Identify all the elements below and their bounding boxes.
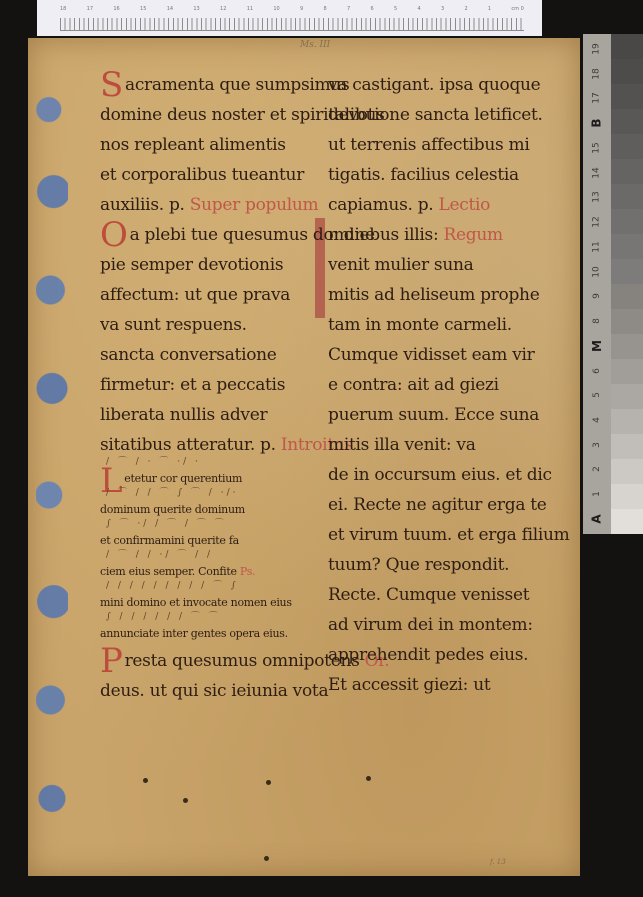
ruler-label: 14 bbox=[167, 6, 173, 16]
gray-patch bbox=[611, 484, 643, 509]
text-line: ad virum dei in montem: bbox=[328, 610, 558, 640]
scale-label: 2 bbox=[590, 467, 604, 473]
ruler-label: 11 bbox=[247, 6, 253, 16]
line-text: affectum: ut que prava bbox=[100, 285, 290, 305]
text-line: Cumque vidisset eam vir bbox=[328, 340, 558, 370]
ruler-label: 13 bbox=[193, 6, 199, 16]
shelfmark: Ms. III bbox=[300, 40, 330, 50]
line-text: mitis ad heliseum prophe bbox=[328, 285, 539, 305]
line-text: deus. ut qui sic ieiunia vota bbox=[100, 681, 328, 701]
scale-label: 18 bbox=[590, 68, 604, 79]
text-line: Sacramenta que sumpsimus bbox=[100, 70, 330, 100]
text-line: et virum tuum. et erga filium bbox=[328, 520, 558, 550]
line-text: ut terrenis affectibus mi bbox=[328, 135, 530, 155]
text-line: pie semper devotionis bbox=[100, 250, 330, 280]
neume-notation: / ⌒ / / ·/ ⌒ / / bbox=[106, 550, 213, 560]
measurement-ruler: 181716151413121110987654321cm 0 bbox=[37, 0, 542, 36]
text-line: nos repleant alimentis bbox=[100, 130, 330, 160]
rubric-inline: Ps. bbox=[237, 565, 256, 578]
scale-label: 9 bbox=[590, 293, 604, 299]
line-text: etetur cor querentium bbox=[124, 472, 242, 485]
line-text: ei. Recte ne agitur erga te bbox=[328, 495, 547, 515]
text-line: liberata nullis adver bbox=[100, 400, 330, 430]
ruler-label: 10 bbox=[273, 6, 279, 16]
neume-notation: / / / / / / / / / ⌒ ∫ bbox=[106, 581, 239, 591]
line-text: de in occursum eius. et dic bbox=[328, 465, 552, 485]
gray-patch bbox=[611, 209, 643, 234]
text-line: ut terrenis affectibus mi bbox=[328, 130, 558, 160]
blue-pigment-edge bbox=[36, 44, 68, 864]
neume-notation: / ⌒ / · ⌒ ·/ · bbox=[106, 457, 201, 467]
text-line: mitis illa venit: va bbox=[328, 430, 558, 460]
decorated-initial: O bbox=[100, 220, 128, 250]
scale-label: 8 bbox=[590, 318, 604, 324]
scale-label: 17 bbox=[590, 93, 604, 104]
line-text: Recte. Cumque venisset bbox=[328, 585, 529, 605]
rubric: Lectio bbox=[433, 195, 490, 215]
ruler-label: 18 bbox=[60, 6, 66, 16]
gray-patch bbox=[611, 284, 643, 309]
text-line: venit mulier suna bbox=[328, 250, 558, 280]
left-text-column: Sacramenta que sumpsimusdomine deus nost… bbox=[100, 70, 330, 706]
scale-label: B bbox=[590, 119, 604, 128]
line-text: dominum querite dominum bbox=[100, 503, 245, 516]
line-text: sancta conversatione bbox=[100, 345, 277, 365]
scale-label: M bbox=[590, 340, 604, 352]
ruler-label: 12 bbox=[220, 6, 226, 16]
gray-patch bbox=[611, 184, 643, 209]
scale-label: A bbox=[590, 514, 604, 523]
text-line: deus. ut qui sic ieiunia vota bbox=[100, 676, 330, 706]
ruler-ticks bbox=[60, 18, 524, 31]
gray-patch bbox=[611, 309, 643, 334]
gray-patch bbox=[611, 159, 643, 184]
line-text: tuum? Que respondit. bbox=[328, 555, 509, 575]
chant-line: / / / / / / / / / ⌒ ∫mini domino et invo… bbox=[100, 584, 330, 615]
line-text: nos repleant alimentis bbox=[100, 135, 286, 155]
text-line: sancta conversatione bbox=[100, 340, 330, 370]
line-text: mitis illa venit: va bbox=[328, 435, 476, 455]
text-line: va sunt respuens. bbox=[100, 310, 330, 340]
line-text: sitatibus atteratur. p. bbox=[100, 435, 276, 455]
line-text: va castigant. ipsa quoque bbox=[328, 75, 540, 95]
line-text: devotione sancta letificet. bbox=[328, 105, 543, 125]
ruler-label: 4 bbox=[417, 6, 420, 16]
line-text: auxiliis. p. bbox=[100, 195, 185, 215]
scale-label: 13 bbox=[590, 192, 604, 203]
rubric: Super populum bbox=[185, 195, 319, 215]
scale-label: 15 bbox=[590, 142, 604, 153]
scale-label-strip: 191817B15141312111098M654321A bbox=[583, 34, 611, 534]
text-line: va castigant. ipsa quoque bbox=[328, 70, 558, 100]
gray-patch bbox=[611, 134, 643, 159]
scale-label: 19 bbox=[590, 43, 604, 54]
line-text: venit mulier suna bbox=[328, 255, 473, 275]
gray-patch bbox=[611, 34, 643, 59]
gray-patch bbox=[611, 234, 643, 259]
chant-line: / ⌒ / · ⌒ ·/ ·Letetur cor querentium bbox=[100, 460, 330, 491]
neume-notation: / ⌒ / / ⌒ ∫ ⌒ / ·/· bbox=[106, 488, 238, 498]
neume-notation: ∫ ⌒ ·/ / ⌒ / ⌒ ⌒ bbox=[106, 519, 227, 529]
ruler-labels: 181716151413121110987654321cm 0 bbox=[60, 6, 524, 16]
line-text: firmetur: et a peccatis bbox=[100, 375, 285, 395]
text-line: firmetur: et a peccatis bbox=[100, 370, 330, 400]
decorated-initial: P bbox=[100, 646, 123, 676]
line-text: puerum suum. Ecce suna bbox=[328, 405, 539, 425]
line-text: annunciate inter gentes opera eius. bbox=[100, 627, 288, 640]
gray-patch bbox=[611, 259, 643, 284]
chant-line: ∫ ⌒ ·/ / ⌒ / ⌒ ⌒et confirmamini querite … bbox=[100, 522, 330, 553]
text-line: tam in monte carmeli. bbox=[328, 310, 558, 340]
neume-notation: ∫ / / / / / / ⌒ ⌒ bbox=[106, 612, 221, 622]
ruler-label: 15 bbox=[140, 6, 146, 16]
line-text: ciem eius semper. Confite bbox=[100, 565, 237, 578]
line-text: acramenta que sumpsimus bbox=[125, 75, 349, 95]
ruler-label: 17 bbox=[87, 6, 93, 16]
text-line: e contra: ait ad giezi bbox=[328, 370, 558, 400]
gray-patch bbox=[611, 509, 643, 534]
gray-patch bbox=[611, 109, 643, 134]
gray-patch bbox=[611, 384, 643, 409]
line-text: va sunt respuens. bbox=[100, 315, 247, 335]
ruler-label: 2 bbox=[464, 6, 467, 16]
right-text-column: va castigant. ipsa quoquedevotione sanct… bbox=[328, 70, 558, 700]
text-line: n diebus illis: Regum bbox=[328, 220, 558, 250]
gray-patch bbox=[611, 409, 643, 434]
text-line: capiamus. p. Lectio bbox=[328, 190, 558, 220]
scale-label: 11 bbox=[590, 241, 604, 252]
line-text: et corporalibus tueantur bbox=[100, 165, 304, 185]
line-text: Cumque vidisset eam vir bbox=[328, 345, 534, 365]
text-line: apprehendit pedes eius. bbox=[328, 640, 558, 670]
ruler-label: 7 bbox=[347, 6, 350, 16]
text-line: puerum suum. Ecce suna bbox=[328, 400, 558, 430]
ruler-label: cm 0 bbox=[511, 6, 523, 16]
line-text: et confirmamini querite fa bbox=[100, 534, 239, 547]
scale-label: 10 bbox=[590, 266, 604, 277]
chant-line: ∫ / / / / / / ⌒ ⌒annunciate inter gentes… bbox=[100, 615, 330, 646]
ruler-label: 9 bbox=[300, 6, 303, 16]
scale-label: 4 bbox=[590, 417, 604, 423]
text-line: Et accessit giezi: ut bbox=[328, 670, 558, 700]
parchment-leaf: Ms. III Sacramenta que sumpsimusdomine d… bbox=[28, 38, 580, 876]
chant-line: / ⌒ / / ·/ ⌒ / /ciem eius semper. Confit… bbox=[100, 553, 330, 584]
ruler-label: 5 bbox=[394, 6, 397, 16]
gray-patch bbox=[611, 359, 643, 384]
line-text: tam in monte carmeli. bbox=[328, 315, 512, 335]
text-line: auxiliis. p. Super populum bbox=[100, 190, 330, 220]
ruler-label: 1 bbox=[488, 6, 491, 16]
rubric: Regum bbox=[438, 225, 502, 245]
scale-label: 1 bbox=[590, 491, 604, 497]
gray-patch bbox=[611, 334, 643, 359]
text-line: Oa plebi tue quesumus domine bbox=[100, 220, 330, 250]
gray-patches bbox=[611, 34, 643, 534]
line-text: apprehendit pedes eius. bbox=[328, 645, 528, 665]
text-line: sitatibus atteratur. p. Introitus bbox=[100, 430, 330, 460]
line-text: e contra: ait ad giezi bbox=[328, 375, 499, 395]
scale-label: 3 bbox=[590, 442, 604, 448]
line-text: tigatis. facilius celestia bbox=[328, 165, 519, 185]
color-gray-scale: 191817B15141312111098M654321A bbox=[583, 34, 643, 534]
text-line: affectum: ut que prava bbox=[100, 280, 330, 310]
scale-label: 5 bbox=[590, 392, 604, 398]
text-line: ei. Recte ne agitur erga te bbox=[328, 490, 558, 520]
line-text: ad virum dei in montem: bbox=[328, 615, 533, 635]
scale-label: 6 bbox=[590, 368, 604, 374]
text-line: mitis ad heliseum prophe bbox=[328, 280, 558, 310]
line-text: pie semper devotionis bbox=[100, 255, 283, 275]
line-text: et virum tuum. et erga filium bbox=[328, 525, 569, 545]
gray-patch bbox=[611, 59, 643, 84]
text-line: et corporalibus tueantur bbox=[100, 160, 330, 190]
line-text: mini domino et invocate nomen eius bbox=[100, 596, 292, 609]
gray-patch bbox=[611, 459, 643, 484]
text-line: tigatis. facilius celestia bbox=[328, 160, 558, 190]
text-line: de in occursum eius. et dic bbox=[328, 460, 558, 490]
text-line: devotione sancta letificet. bbox=[328, 100, 558, 130]
text-line: domine deus noster et spiritalibus bbox=[100, 100, 330, 130]
line-text: Et accessit giezi: ut bbox=[328, 675, 490, 695]
decorated-initial: S bbox=[100, 70, 123, 100]
ruler-label: 3 bbox=[441, 6, 444, 16]
text-line: Recte. Cumque venisset bbox=[328, 580, 558, 610]
ruler-label: 6 bbox=[371, 6, 374, 16]
text-line: Presta quesumus omnipotens Or. bbox=[100, 646, 330, 676]
line-text: n diebus illis: bbox=[328, 225, 438, 245]
ruler-label: 16 bbox=[113, 6, 119, 16]
scale-label: 12 bbox=[590, 216, 604, 227]
foliation-number: f. 13 bbox=[490, 858, 506, 866]
ruler-label: 8 bbox=[324, 6, 327, 16]
line-text: resta quesumus omnipotens bbox=[125, 651, 360, 671]
line-text: capiamus. p. bbox=[328, 195, 433, 215]
gray-patch bbox=[611, 434, 643, 459]
gray-patch bbox=[611, 84, 643, 109]
line-text: liberata nullis adver bbox=[100, 405, 267, 425]
chant-line: / ⌒ / / ⌒ ∫ ⌒ / ·/·dominum querite domin… bbox=[100, 491, 330, 522]
text-line: tuum? Que respondit. bbox=[328, 550, 558, 580]
scale-label: 14 bbox=[590, 167, 604, 178]
